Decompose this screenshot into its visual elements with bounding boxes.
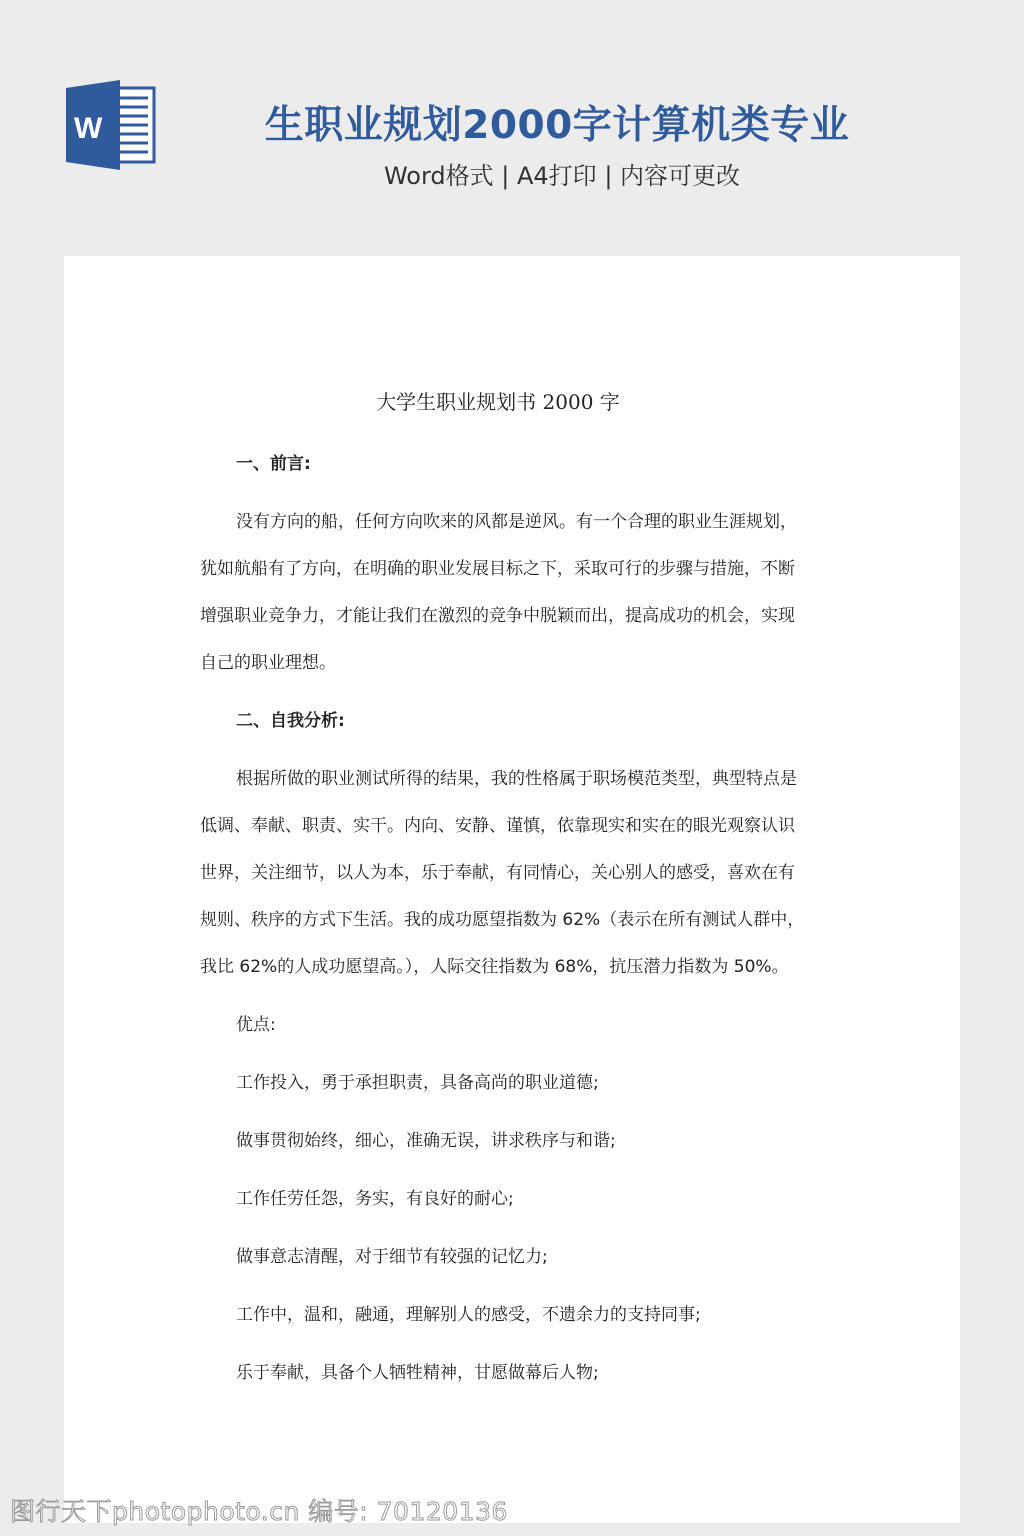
paragraph-line: 世界，关注细节，以人为本，乐于奉献，有同情心，关心别人的感受，喜欢在有 [200, 858, 795, 883]
list-item: 工作中，温和，融通，理解别人的感受，不遗余力的支持同事; [236, 1300, 701, 1325]
section-heading: 一、前言: [236, 449, 311, 474]
paragraph-line: 规则、秩序的方式下生活。我的成功愿望指数为 62%（表示在所有测试人群中， [200, 905, 804, 930]
paragraph-line: 根据所做的职业测试所得的结果，我的性格属于职场模范类型，典型特点是 [236, 764, 797, 789]
page-title: 生职业规划2000字计算机类专业 [0, 94, 1024, 150]
section-heading: 二、自我分析: [236, 706, 345, 731]
list-item: 乐于奉献，具备个人牺牲精神，甘愿做幕后人物; [236, 1358, 599, 1383]
list-item: 工作任劳任怨，务实，有良好的耐心; [236, 1184, 514, 1209]
list-item: 工作投入，勇于承担职责，具备高尚的职业道德; [236, 1068, 599, 1093]
document-title: 大学生职业规划书 2000 字 [64, 386, 932, 415]
paragraph-line: 我比 62%的人成功愿望高。），人际交往指数为 68%，抗压潜力指数为 50%。 [200, 952, 789, 977]
list-item: 做事贯彻始终，细心，准确无误，讲求秩序与和谐; [236, 1126, 616, 1151]
paragraph-line: 犹如航船有了方向，在明确的职业发展目标之下，采取可行的步骤与措施，不断 [200, 554, 795, 579]
strengths-label: 优点: [236, 1010, 276, 1035]
header: W 生职业规划2000字计算机类专业 Word格式 | A4打印 | 内容可更改 [0, 0, 1024, 240]
page-subtitle: Word格式 | A4打印 | 内容可更改 [0, 156, 1024, 191]
paragraph-line: 增强职业竞争力，才能让我们在激烈的竞争中脱颖而出，提高成功的机会，实现 [200, 601, 795, 626]
paragraph-line: 自己的职业理想。 [200, 648, 336, 673]
watermark: 图行天下photophoto.cn 编号: 70120136 [10, 1492, 508, 1528]
list-item: 做事意志清醒，对于细节有较强的记忆力; [236, 1242, 548, 1267]
paragraph-line: 低调、奉献、职责、实干。内向、安静、谨慎，依靠现实和实在的眼光观察认识 [200, 811, 795, 836]
document-page: 大学生职业规划书 2000 字 一、前言: 没有方向的船，任何方向吹来的风都是逆… [64, 256, 960, 1523]
paragraph-line: 没有方向的船，任何方向吹来的风都是逆风。有一个合理的职业生涯规划， [236, 507, 797, 532]
